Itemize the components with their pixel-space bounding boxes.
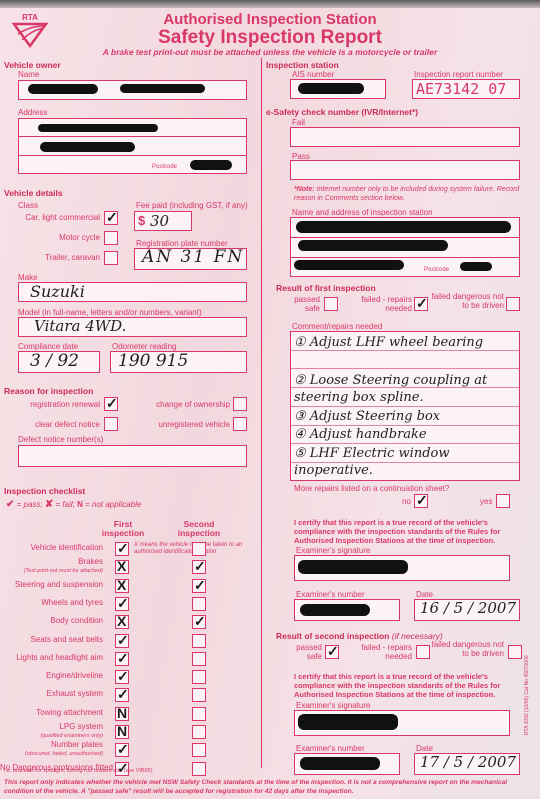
checklist-second-checkbox[interactable] xyxy=(192,707,206,721)
checklist-second-checkbox[interactable] xyxy=(192,634,206,648)
comment-rule xyxy=(290,443,520,444)
note-text: Internet number only to be included duri… xyxy=(294,186,519,202)
continuation-yes-checkbox[interactable] xyxy=(496,494,510,508)
class-trailer-checkbox[interactable] xyxy=(104,251,118,265)
scan-shadow xyxy=(0,0,540,8)
redaction xyxy=(300,757,380,770)
reason-renewal-label: registration renewal xyxy=(0,400,100,409)
section-checklist: Inspection checklist xyxy=(4,486,85,496)
checklist-mark: X xyxy=(117,614,126,628)
checklist-item-label: Steering and suspension xyxy=(0,581,103,589)
second-exam-no-label: Examiner's number xyxy=(296,744,365,753)
station-name-address-label: Name and address of inspection station xyxy=(292,208,433,217)
check-mark: ✓ xyxy=(416,296,428,310)
section-reason: Reason for inspection xyxy=(4,386,93,396)
defect-number-field[interactable] xyxy=(18,445,247,467)
legend-na-key: N xyxy=(77,500,83,509)
checklist-item-text: Engine/driveline xyxy=(46,671,103,680)
header-title-line2: Safety Inspection Report xyxy=(0,27,540,49)
station-postcode-label: Postcode xyxy=(424,267,449,273)
first-passed-label: passed safe xyxy=(280,295,320,313)
compliance-label: Compliance date xyxy=(18,342,78,351)
esafety-fail-field[interactable] xyxy=(290,127,520,147)
esafety-pass-field[interactable] xyxy=(290,160,520,180)
address-line xyxy=(290,237,520,238)
section-second-result: Result of second inspection (if necessar… xyxy=(276,631,443,641)
check-mark: ✓ xyxy=(416,493,428,507)
make-value: Suzuki xyxy=(30,282,85,301)
rego-value: AN 31 FN xyxy=(142,247,244,267)
first-dangerous-label: failed dangerous not to be driven xyxy=(430,292,504,310)
checklist-mark: ✓ xyxy=(117,633,129,647)
redaction xyxy=(298,560,408,574)
redaction xyxy=(28,84,98,94)
header-title-line1: Authorised Inspection Station xyxy=(0,11,540,28)
comment-line: ① Adjust LHF wheel bearing xyxy=(294,335,483,350)
model-label: Model (in full-name, letters and/or numb… xyxy=(18,308,202,317)
checklist-item-text: Lights and headlight aim xyxy=(16,653,103,662)
section-inspection-station: Inspection station xyxy=(266,60,339,70)
redaction xyxy=(38,124,158,132)
checklist-mark: ✓ xyxy=(117,541,129,555)
second-date-label: Date xyxy=(416,744,433,753)
esafety-heading: e-Safety check number (IVR/Internet*) xyxy=(266,107,418,117)
checklist-item-label: Engine/driveline xyxy=(0,672,103,680)
first-exam-no-label: Examiner's number xyxy=(296,590,365,599)
checklist-item-label: Towing attachment xyxy=(0,709,103,717)
check-mark: ✓ xyxy=(106,210,118,224)
checklist-mark: ✓ xyxy=(194,578,206,592)
section-vehicle-details: Vehicle details xyxy=(4,188,63,198)
redaction xyxy=(298,240,448,251)
checklist-item-text: Number plates xyxy=(51,740,103,749)
comment-line: inoperative. xyxy=(294,463,373,478)
col-second-header: Second inspection xyxy=(174,520,224,538)
class-motorcycle-label: Motor cycle xyxy=(0,233,100,242)
model-value: Vitara 4WD. xyxy=(34,317,126,335)
checklist-mark: N xyxy=(117,706,127,720)
report-no-label: Inspection report number xyxy=(414,70,503,79)
fail-icon: ✘ xyxy=(45,499,53,510)
legend-fail: = fail; xyxy=(56,500,75,509)
checklist-second-checkbox[interactable] xyxy=(192,725,206,739)
legend-pass: = pass; xyxy=(17,500,43,509)
checklist-second-checkbox[interactable] xyxy=(192,762,206,776)
col-first-header: First inspection xyxy=(100,520,146,538)
checklist-item-text: Towing attachment xyxy=(36,708,103,717)
first-passed-checkbox[interactable] xyxy=(324,297,338,311)
redaction xyxy=(120,84,205,93)
comment-line: ② Loose Steering coupling at xyxy=(294,373,487,388)
reason-defect-checkbox[interactable] xyxy=(104,417,118,431)
column-divider xyxy=(261,58,262,768)
compliance-value: 3 / 92 xyxy=(30,351,79,371)
fee-prefix: $ xyxy=(138,213,145,228)
checklist-item-text: LPG system xyxy=(59,722,103,731)
checklist-item-label: Exhaust system xyxy=(0,690,103,698)
second-failed-label: failed - repairs needed xyxy=(340,643,412,661)
comment-rule xyxy=(290,368,520,369)
second-sig-label: Examiner's signature xyxy=(296,701,370,710)
comment-label: Comment/repairs needed xyxy=(292,322,382,331)
address-label: Address xyxy=(18,108,47,117)
reason-ownership-label: change of ownership xyxy=(120,400,230,409)
checklist-second-checkbox[interactable] xyxy=(192,597,206,611)
second-failed-checkbox[interactable] xyxy=(416,645,430,659)
first-date-value: 16 / 5 / 2007 xyxy=(420,599,516,617)
redaction xyxy=(190,160,232,170)
second-certify-text: I certify that this report is a true rec… xyxy=(294,672,520,699)
checklist-item-label: Number plates(obscured, faded, unauthori… xyxy=(0,741,103,758)
checklist-item-label: LPG system(qualified examiners only) xyxy=(0,723,103,740)
odometer-label: Odometer reading xyxy=(112,342,176,351)
check-mark: ✓ xyxy=(327,644,339,658)
checklist-second-checkbox[interactable] xyxy=(192,688,206,702)
first-failed-label: failed - repairs needed xyxy=(340,295,412,313)
class-trailer-label: Trailer, caravan xyxy=(0,253,100,262)
checklist-item-sub: (Test print-out must be attached) xyxy=(24,568,103,574)
checklist-item-text: Brakes xyxy=(78,557,103,566)
checklist-item-label: Vehicle identification xyxy=(0,544,103,552)
class-motorcycle-checkbox[interactable] xyxy=(104,231,118,245)
first-dangerous-checkbox[interactable] xyxy=(506,297,520,311)
redaction xyxy=(300,604,370,616)
class-car-label: Car, light commercial xyxy=(0,213,100,222)
checklist-item-label: Body condition xyxy=(0,617,103,625)
checklist-item-text: Steering and suspension xyxy=(15,580,103,589)
redaction xyxy=(296,221,511,233)
comment-line: ④ Adjust handbrake xyxy=(294,427,427,442)
first-date-label: Date xyxy=(416,590,433,599)
first-certify-text: I certify that this report is a true rec… xyxy=(294,518,520,545)
comment-line: ③ Adjust Steering box xyxy=(294,409,440,424)
checklist-mark: ✓ xyxy=(117,596,129,610)
redaction xyxy=(298,83,364,94)
reason-defect-label: clear defect notice xyxy=(0,420,100,429)
address-line xyxy=(18,155,247,156)
legend-na: = not applicable xyxy=(85,500,141,509)
continuation-no-label: no xyxy=(402,497,411,506)
fail-label: Fail xyxy=(292,118,305,127)
redaction xyxy=(298,714,398,730)
postcode-label: Postcode xyxy=(152,164,177,170)
checklist-mark: ✓ xyxy=(194,559,206,573)
reason-unregistered-label: unregistered vehicle xyxy=(120,420,230,429)
continuation-yes-label: yes xyxy=(480,497,492,506)
defect-number-label: Defect notice number(s) xyxy=(18,435,103,444)
esafety-note: *Note: Internet number only to be includ… xyxy=(294,185,520,203)
second-passed-label: passed safe xyxy=(280,643,322,661)
odometer-value: 190 915 xyxy=(118,351,188,371)
checklist-item-text: Seats and seat belts xyxy=(31,635,104,644)
checklist-item-label: Wheels and tyres xyxy=(0,599,103,607)
checklist-item-label: Seats and seat belts xyxy=(0,636,103,644)
address-line xyxy=(18,136,247,137)
first-sig-label: Examiner's signature xyxy=(296,546,370,555)
reason-ownership-checkbox[interactable] xyxy=(233,397,247,411)
redaction xyxy=(294,260,404,270)
name-label: Name xyxy=(18,70,39,79)
checklist-mark: ✓ xyxy=(194,614,206,628)
checklist-item-sub: (qualified examiners only) xyxy=(40,733,103,739)
comment-rule xyxy=(290,406,520,407)
footer-disclaimer: This report only indicates whether the v… xyxy=(4,778,514,796)
second-date-value: 17 / 5 / 2007 xyxy=(420,753,516,771)
redaction xyxy=(460,262,492,271)
comment-rule xyxy=(290,425,520,426)
header-notice: A brake test print-out must be attached … xyxy=(0,47,540,57)
section-first-result: Result of first inspection xyxy=(276,283,376,293)
comment-line: ⑤ LHF Electric window xyxy=(294,446,449,461)
second-dangerous-checkbox[interactable] xyxy=(508,645,522,659)
section-vehicle-owner: Vehicle owner xyxy=(4,60,61,70)
checklist-mark: X xyxy=(117,578,126,592)
checklist-mark: ✓ xyxy=(117,742,129,756)
note-key: *Note: xyxy=(294,186,315,193)
redaction xyxy=(40,142,135,152)
inspection-report-form: RTA Authorised Inspection Station Safety… xyxy=(0,0,540,799)
checklist-mark: ✓ xyxy=(117,687,129,701)
class-label: Class xyxy=(18,201,38,210)
checklist-mark: N xyxy=(117,724,127,738)
checklist-item-sub: (obscured, faded, unauthorised) xyxy=(25,751,103,757)
checklist-item-text: Body condition xyxy=(51,616,103,625)
checklist-legend: ✔ = pass; ✘ = fail; N = not applicable xyxy=(6,499,141,510)
address-line xyxy=(290,257,520,258)
checklist-mark: X xyxy=(117,559,126,573)
fee-value: 30 xyxy=(150,212,169,230)
form-code: RTA 1092 (10/06) Cat No 45070000 xyxy=(524,655,530,735)
second-result-heading: Result of second inspection xyxy=(276,631,389,641)
ais-label: AIS number xyxy=(292,70,334,79)
checklist-second-checkbox[interactable] xyxy=(192,743,206,757)
checklist-mark: ✓ xyxy=(117,651,129,665)
checklist-item-label: Lights and headlight aim xyxy=(0,654,103,662)
fee-label: Fee paid (including GST, if any) xyxy=(136,201,248,210)
checklist-second-checkbox[interactable] xyxy=(192,652,206,666)
checklist-item-text: Wheels and tyres xyxy=(41,598,103,607)
check-mark: ✓ xyxy=(106,396,118,410)
report-no-value: AE73142 07 xyxy=(416,80,506,98)
checklist-mark: ✓ xyxy=(117,669,129,683)
reason-unregistered-checkbox[interactable] xyxy=(233,417,247,431)
second-dangerous-label: failed dangerous not to be driven xyxy=(430,640,504,658)
checklist-item-label: Brakes(Test print-out must be attached) xyxy=(0,558,103,575)
checklist-second-checkbox[interactable] xyxy=(192,542,206,556)
checklist-footnote: i.e. brackets for spotlight, fishing rod… xyxy=(4,768,153,774)
pass-icon: ✔ xyxy=(6,499,14,510)
checklist-item-text: Exhaust system xyxy=(47,689,103,698)
checklist-item-text: Vehicle identification xyxy=(31,543,104,552)
checklist-second-checkbox[interactable] xyxy=(192,670,206,684)
make-label: Make xyxy=(18,273,38,282)
comment-line: steering box spline. xyxy=(294,390,424,405)
